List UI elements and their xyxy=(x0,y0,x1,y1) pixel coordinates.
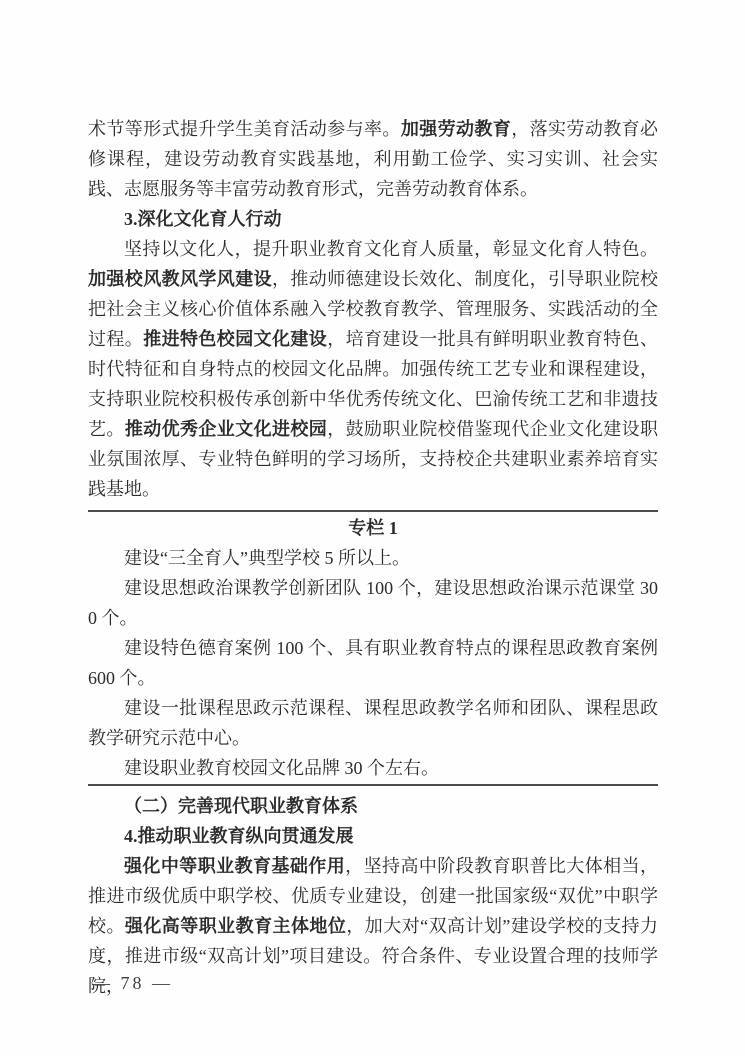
box-paragraph: 建设特色德育案例 100 个、具有职业教育特点的课程思政教育案例 600 个。 xyxy=(88,633,658,693)
text-segment: 建设特色德育案例 100 个、具有职业教育特点的课程思政教育案例 600 个。 xyxy=(88,638,658,688)
column-box: 专栏 1建设“三全育人”典型学校 5 所以上。建设思想政治课教学创新团队 100… xyxy=(88,510,658,786)
box-paragraph: 建设“三全育人”典型学校 5 所以上。 xyxy=(88,543,658,573)
page-content: 术节等形式提升学生美育活动参与率。加强劳动教育，落实劳动教育必修课程，建设劳动教… xyxy=(88,114,658,1001)
bold-text-segment: 4.推动职业教育纵向贯通发展 xyxy=(124,826,354,846)
text-segment: 建设职业教育校园文化品牌 30 个左右。 xyxy=(124,758,439,778)
body-paragraph: 强化中等职业教育基础作用，坚持高中阶段教育职普比大体相当，推进市级优质中职学校、… xyxy=(88,851,658,1001)
section-heading: （二）完善现代职业教育体系 xyxy=(88,791,658,821)
body-paragraph: 坚持以文化人，提升职业教育文化育人质量，彰显文化育人特色。加强校风教风学风建设，… xyxy=(88,234,658,504)
text-segment: 建设“三全育人”典型学校 5 所以上。 xyxy=(124,548,410,568)
text-segment: 建设思想政治课教学创新团队 100 个，建设思想政治课示范课堂 300 个。 xyxy=(88,578,658,628)
section-heading: 4.推动职业教育纵向贯通发展 xyxy=(88,821,658,851)
bold-text-segment: 推进特色校园文化建设 xyxy=(143,329,327,349)
bold-text-segment: 强化中等职业教育基础作用 xyxy=(124,856,345,876)
bold-text-segment: 推动优秀企业文化进校园 xyxy=(125,419,327,439)
text-segment: 建设一批课程思政示范课程、课程思政教学名师和团队、课程思政教学研究示范中心。 xyxy=(88,698,658,748)
bold-text-segment: 强化高等职业教育主体地位 xyxy=(125,916,346,936)
text-segment: 坚持以文化人，提升职业教育文化育人质量，彰显文化育人特色。 xyxy=(124,239,658,259)
body-paragraph: 术节等形式提升学生美育活动参与率。加强劳动教育，落实劳动教育必修课程，建设劳动教… xyxy=(88,114,658,204)
box-title: 专栏 1 xyxy=(88,513,658,543)
document-page: 术节等形式提升学生美育活动参与率。加强劳动教育，落实劳动教育必修课程，建设劳动教… xyxy=(0,0,745,1056)
bold-text-segment: 加强校风教风学风建设 xyxy=(88,269,272,289)
box-paragraph: 建设职业教育校园文化品牌 30 个左右。 xyxy=(88,753,658,783)
text-segment: 术节等形式提升学生美育活动参与率。 xyxy=(88,119,401,139)
page-number: — 78 — xyxy=(92,973,173,994)
bold-text-segment: 加强劳动教育 xyxy=(401,119,511,139)
bold-text-segment: （二）完善现代职业教育体系 xyxy=(124,796,358,816)
box-paragraph: 建设一批课程思政示范课程、课程思政教学名师和团队、课程思政教学研究示范中心。 xyxy=(88,693,658,753)
section-heading: 3.深化文化育人行动 xyxy=(88,204,658,234)
bold-text-segment: 3.深化文化育人行动 xyxy=(124,209,282,229)
box-paragraph: 建设思想政治课教学创新团队 100 个，建设思想政治课示范课堂 300 个。 xyxy=(88,573,658,633)
